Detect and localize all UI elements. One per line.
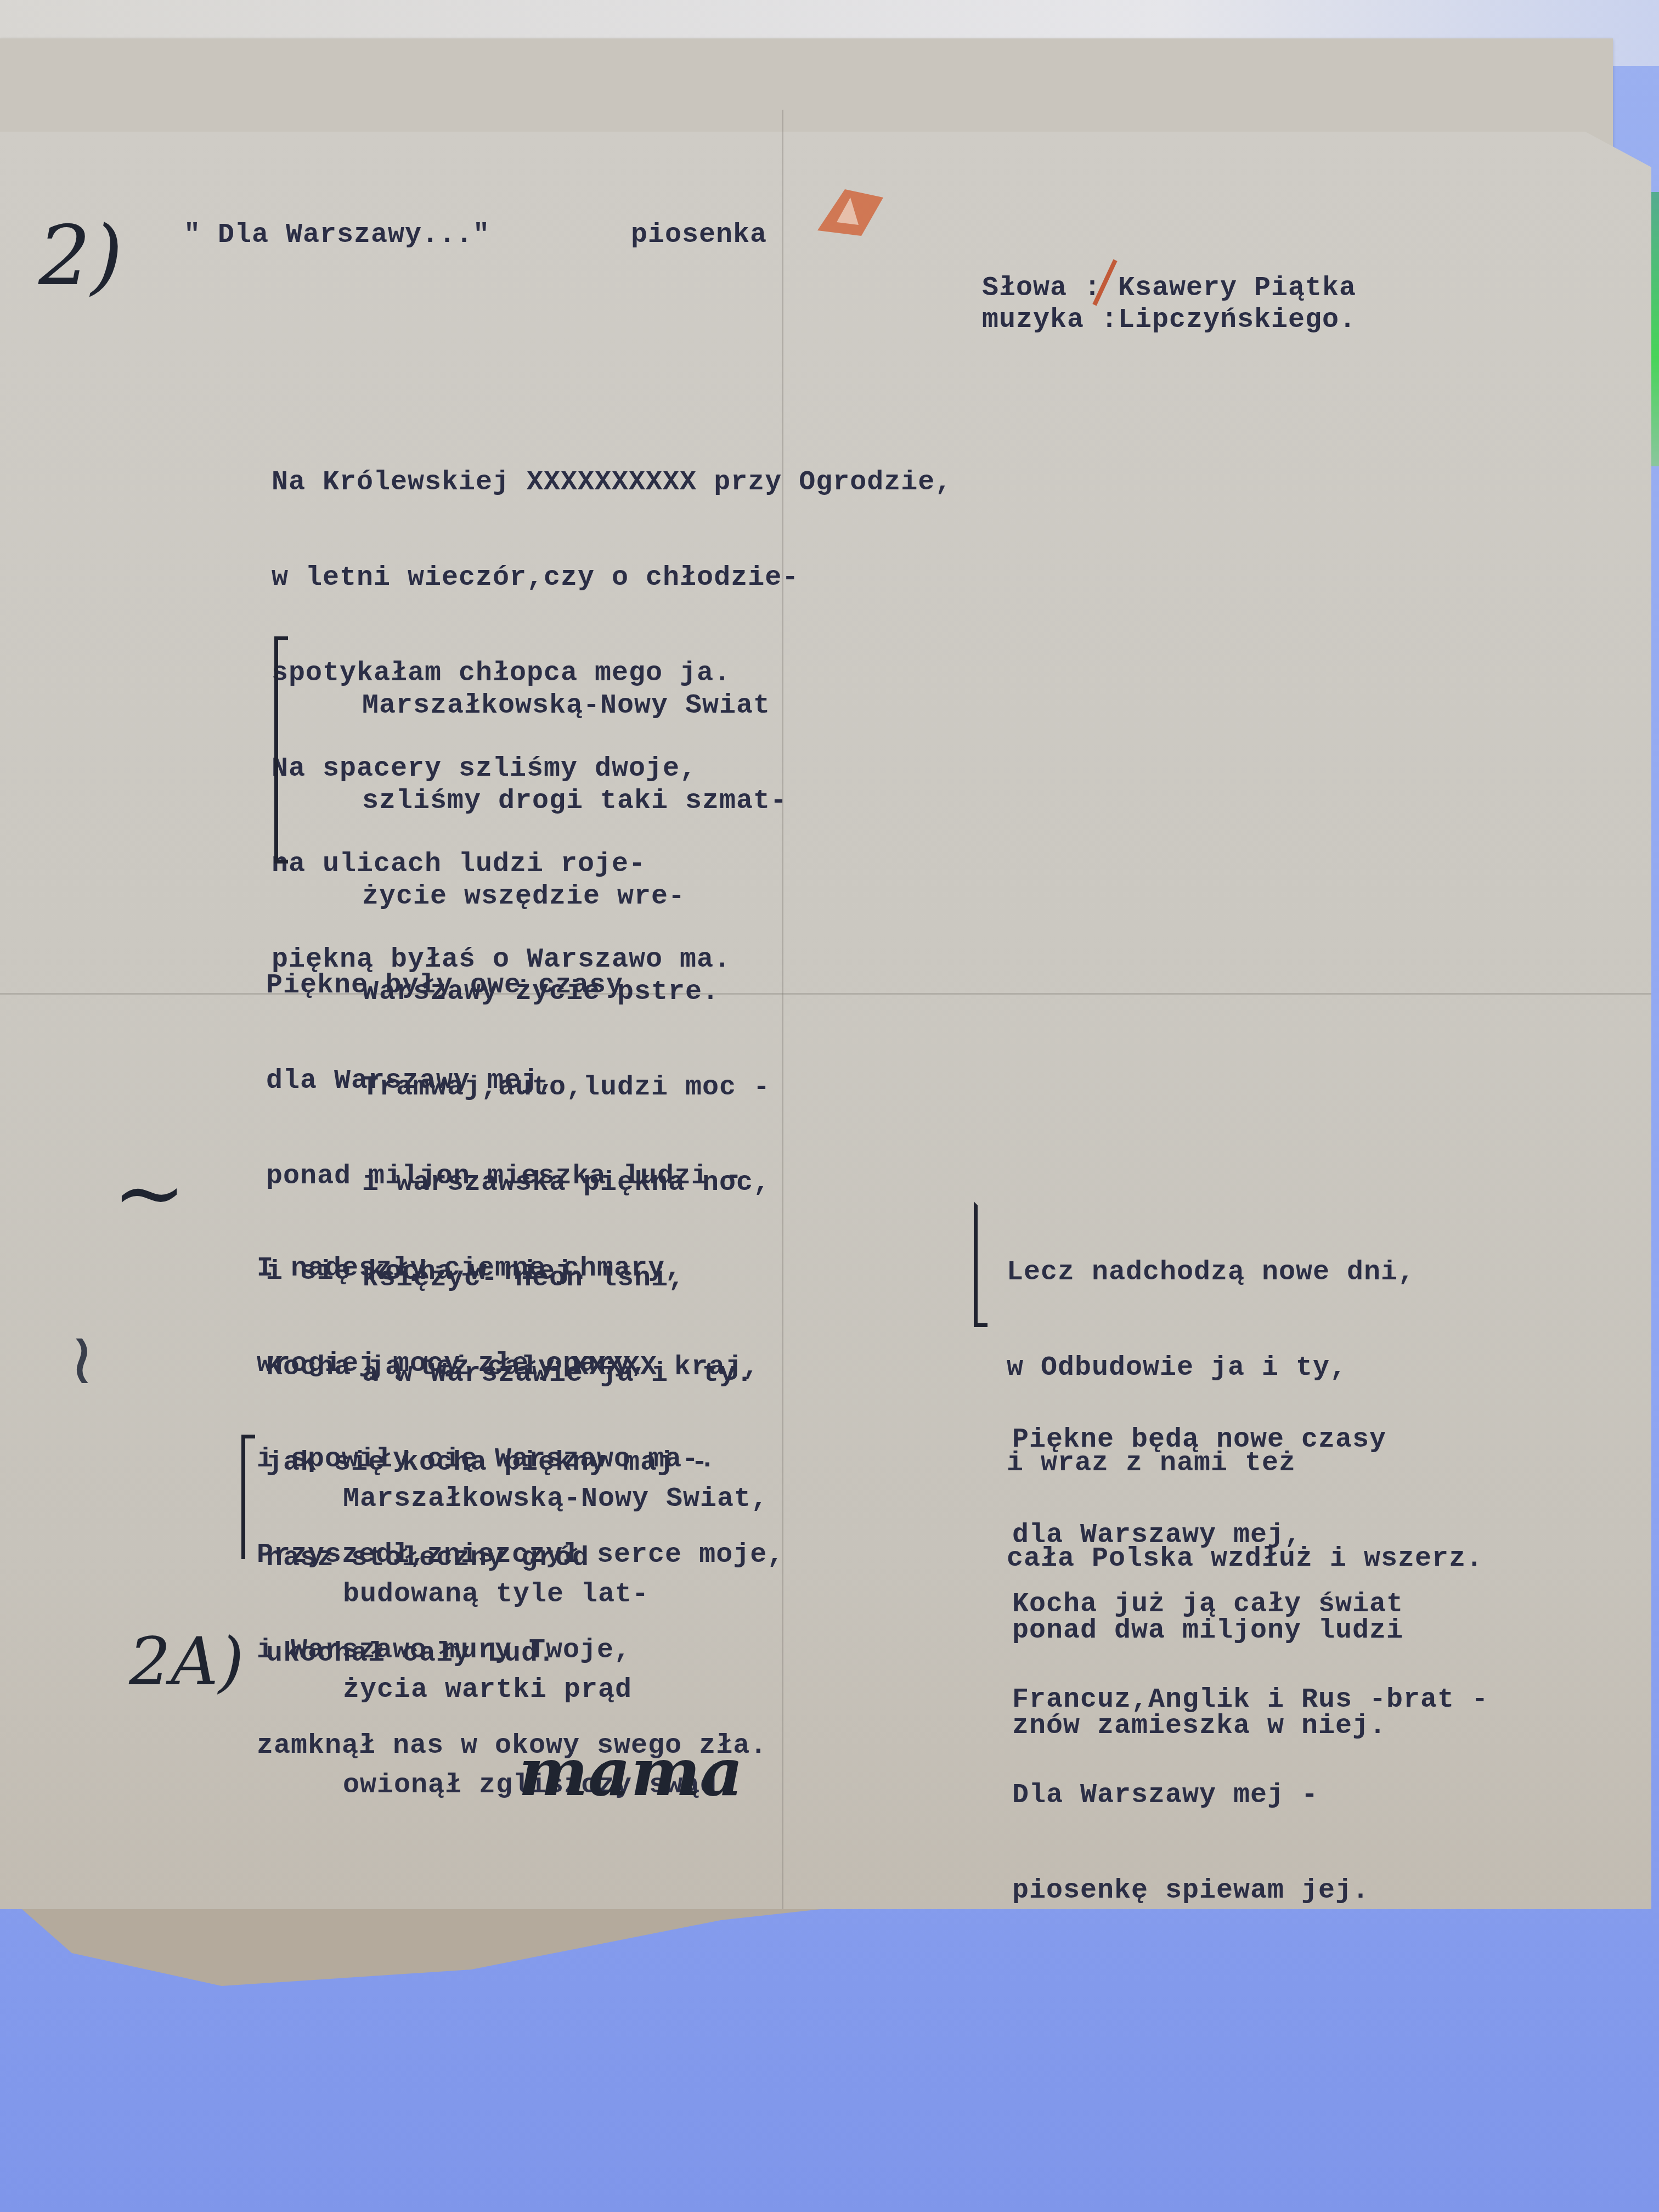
refrain-bracket	[974, 1201, 988, 1327]
lyric-line: wrogiej mocy złe opary,	[257, 1348, 784, 1380]
song-title: " Dla Warszawy..."	[184, 219, 490, 251]
credits-lyrics: Słowa : Ksawery Piątka	[982, 273, 1356, 304]
lyric-line: Piękne były owe czasy	[266, 970, 759, 1002]
handwritten-signature: mama	[518, 1734, 743, 1811]
pencil-stamp-mark-icon	[812, 181, 889, 241]
lyric-line: dla Warszawy mej,	[266, 1065, 759, 1097]
lyric-line: ponad miljon mieszka ludzi -	[266, 1161, 759, 1193]
lyric-line: Dla Warszawy mej -	[1012, 1780, 1488, 1812]
lyric-line: Marszałkowską-Nowy Swiat	[362, 690, 787, 722]
stanza-verse-5: Kocha już ją cały świat Francuz,Anglik i…	[1012, 1525, 1488, 1939]
song-genre: piosenka	[631, 219, 767, 251]
lyric-line: piosenkę spiewam jej.	[1012, 1875, 1488, 1907]
refrain-bracket	[241, 1435, 255, 1559]
lyric-line: w letni wieczór,czy o chłodzie-	[272, 562, 952, 594]
lyric-line: I nadeszły ciemne chmary,	[257, 1253, 784, 1285]
lyric-line: życia wartki prąd	[343, 1674, 768, 1706]
lyric-line: Kocha już ją cały świat	[1012, 1589, 1488, 1621]
credits-music: muzyka :Lipczyńskiego.	[982, 304, 1356, 336]
lyric-line: Na Królewskiej XXXXXXXXXX przy Ogrodzie,	[272, 467, 952, 499]
refrain-bracket	[274, 636, 288, 864]
lyric-line: Francuz,Anglik i Rus -brat -	[1012, 1684, 1488, 1716]
lyric-line: szliśmy drogi taki szmat-	[362, 786, 787, 817]
handwritten-tilde-mark: ~	[112, 1141, 186, 1244]
handwritten-number-bottom: 2A)	[129, 1624, 244, 1700]
lyric-line: Marszałkowską-Nowy Swiat,	[343, 1483, 768, 1515]
handwritten-squiggle-mark: ≀	[69, 1317, 95, 1400]
handwritten-number-top: 2)	[38, 208, 123, 304]
lyric-line: budowaną tyle lat-	[343, 1579, 768, 1611]
lyric-line: Piękne będą nowe czasy	[1012, 1424, 1403, 1456]
lyric-line: Lecz nadchodzą nowe dni,	[1007, 1257, 1483, 1289]
